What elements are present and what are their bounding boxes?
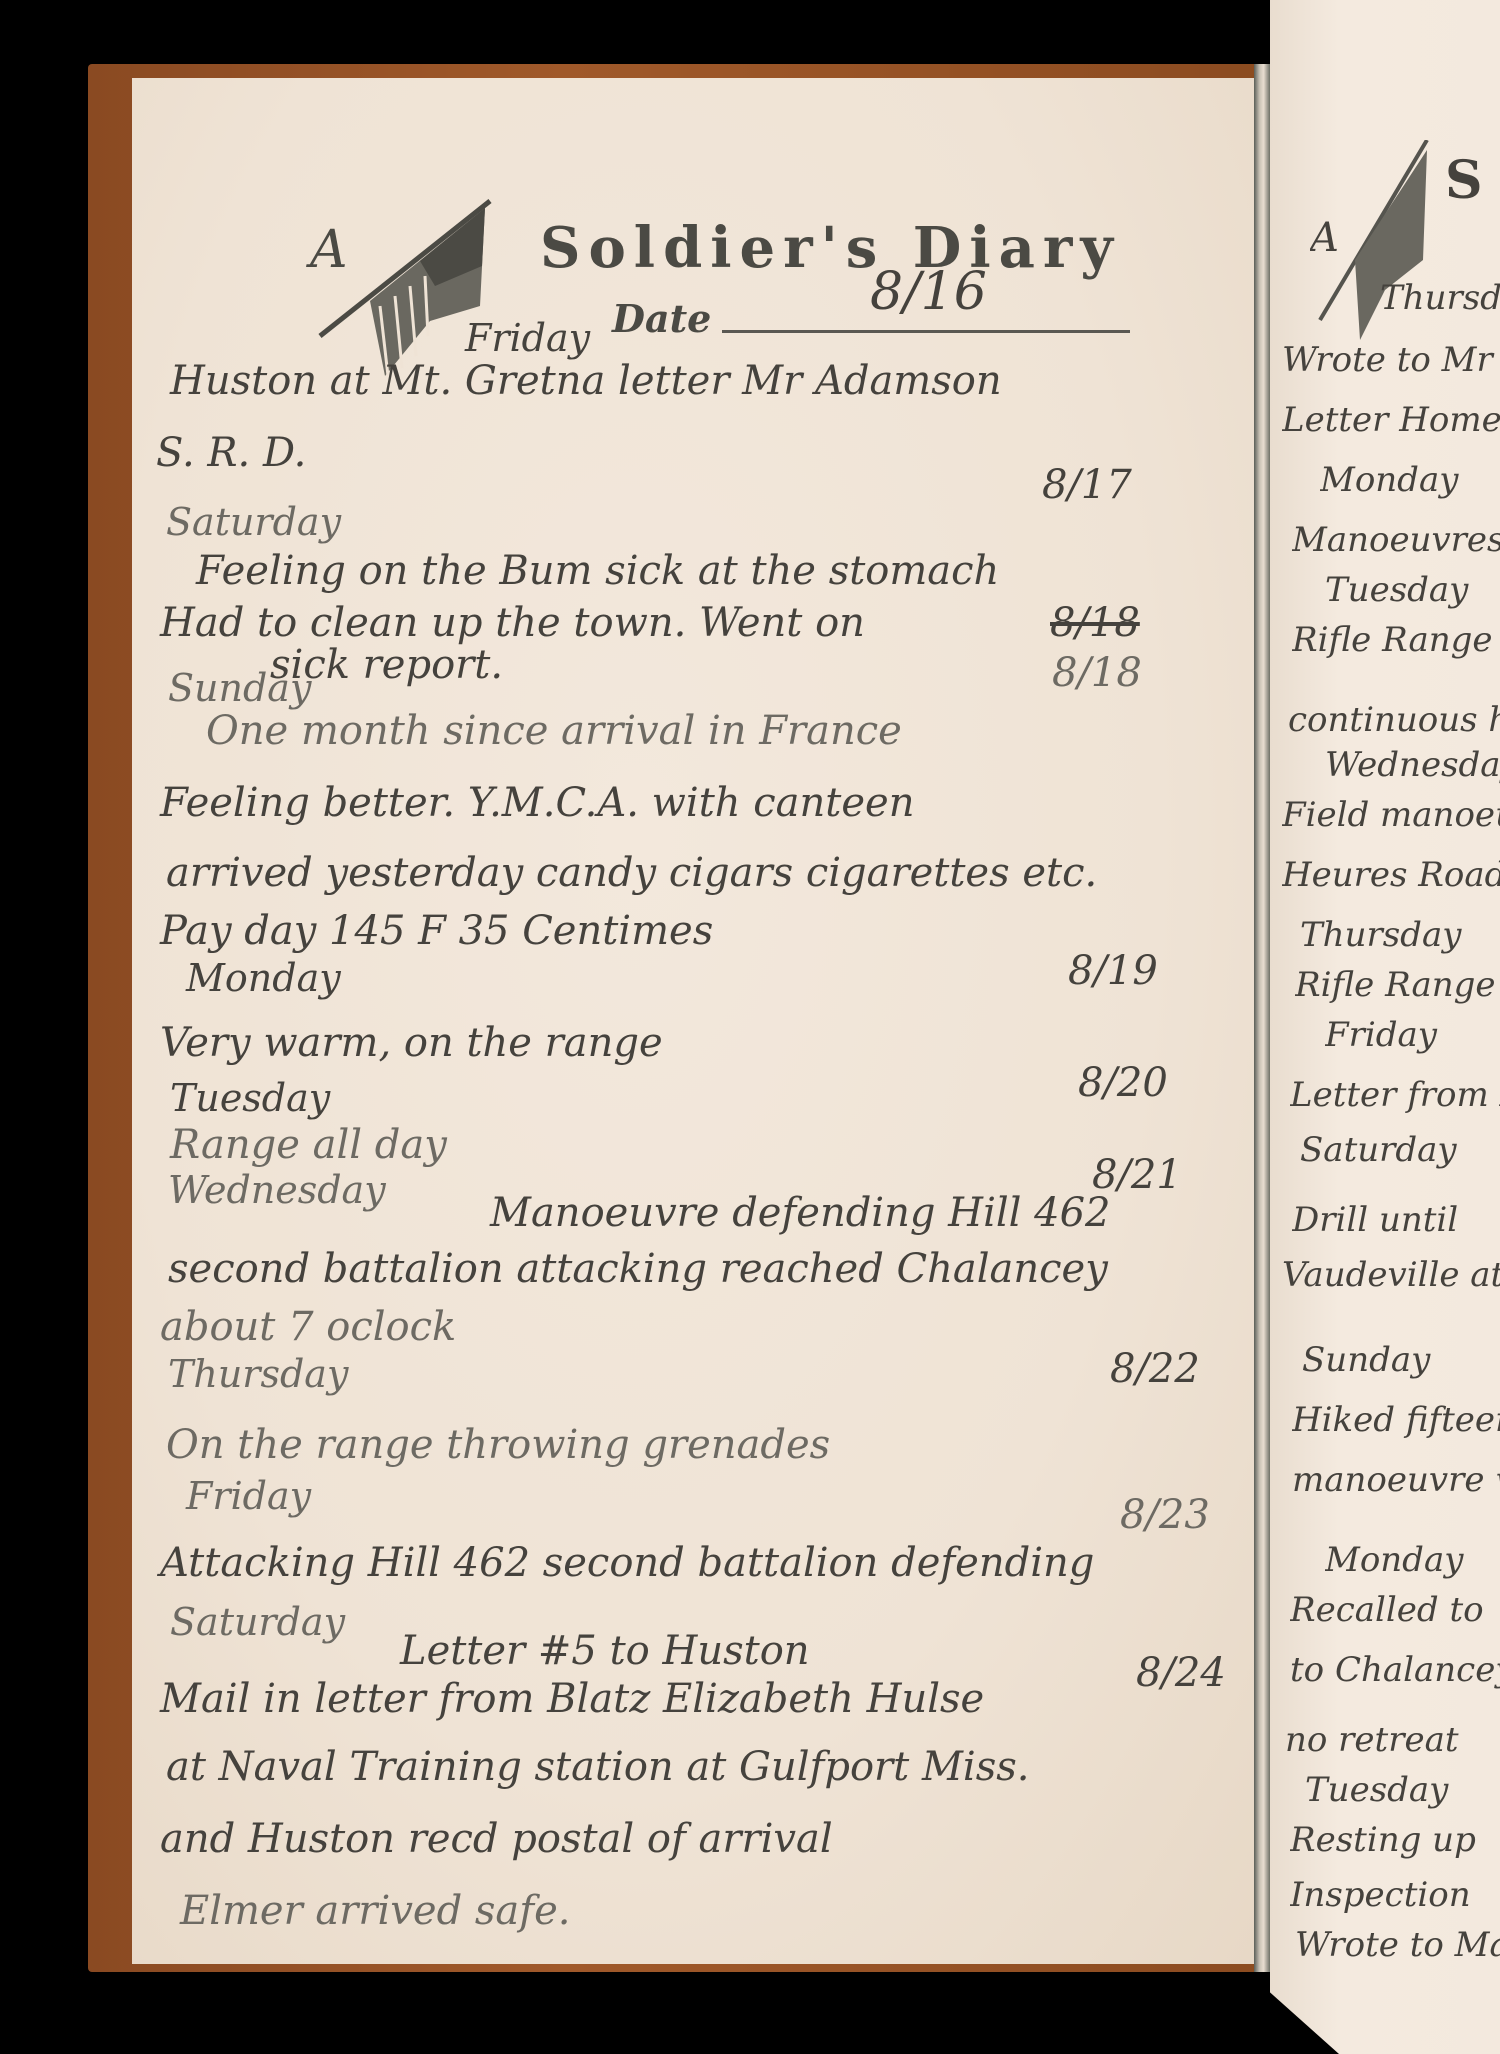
right-line: Heures Road bbox=[1282, 855, 1500, 895]
printed-date-label: Date bbox=[612, 296, 711, 341]
struck-date: 8/18 bbox=[1050, 600, 1140, 646]
entry-day: Tuesday bbox=[170, 1076, 330, 1120]
right-line: Saturday bbox=[1300, 1130, 1500, 1170]
entry-line: Attacking Hill 462 second battalion defe… bbox=[160, 1540, 1094, 1586]
right-line: Vaudeville at bbox=[1282, 1255, 1500, 1295]
entry-day: Sunday bbox=[168, 666, 311, 710]
entry-day: Friday bbox=[465, 316, 590, 360]
entry-day: Wednesday bbox=[168, 1168, 386, 1212]
entry-line: Mail in letter from Blatz Elizabeth Huls… bbox=[160, 1676, 984, 1722]
entry-line: at Naval Training station at Gulfport Mi… bbox=[166, 1744, 1029, 1790]
right-line: Hiked fifteen bbox=[1292, 1400, 1500, 1440]
date-rule bbox=[722, 330, 1130, 333]
right-line: Rifle Range bbox=[1295, 965, 1500, 1005]
entry-date: 8/17 bbox=[1042, 462, 1132, 508]
right-line: Sunday bbox=[1302, 1340, 1500, 1380]
right-line: no retreat bbox=[1285, 1720, 1500, 1760]
entry-line: Feeling on the Bum sick at the stomach bbox=[196, 548, 999, 594]
right-line: Thursday bbox=[1300, 915, 1500, 955]
right-line: Resting up bbox=[1290, 1820, 1500, 1860]
entry-date: 8/23 bbox=[1120, 1492, 1210, 1538]
right-line: Monday bbox=[1320, 460, 1500, 500]
entry-date: 8/19 bbox=[1068, 948, 1158, 994]
right-line: to Chalancey bbox=[1290, 1650, 1500, 1690]
book-gutter bbox=[1254, 64, 1270, 1972]
entry-day: Saturday bbox=[166, 500, 341, 544]
right-line: Wrote to Mary bbox=[1295, 1925, 1500, 1965]
entry-day: Monday bbox=[186, 956, 341, 1000]
right-line: Thursday bbox=[1380, 278, 1500, 318]
right-line: Letter Home #6. bbox=[1282, 400, 1500, 440]
entry-line: One month since arrival in France bbox=[206, 708, 902, 754]
entry-line: about 7 oclock bbox=[160, 1304, 456, 1350]
entry-line: second battalion attacking reached Chala… bbox=[168, 1246, 1108, 1292]
right-line: Drill until bbox=[1292, 1200, 1500, 1240]
right-line: Tuesday bbox=[1305, 1770, 1500, 1810]
entry-line: Feeling better. Y.M.C.A. with canteen bbox=[160, 780, 914, 826]
entry-day: Saturday bbox=[170, 1600, 345, 1644]
entry-line: Range all day bbox=[170, 1122, 447, 1168]
entry-date: 8/18 bbox=[1052, 650, 1142, 696]
right-line: Inspection bbox=[1290, 1875, 1500, 1915]
entry-line: Letter #5 to Huston bbox=[400, 1628, 810, 1674]
right-line: Monday bbox=[1325, 1540, 1500, 1580]
entry-line: Elmer arrived safe. bbox=[180, 1888, 570, 1934]
right-line: Recalled to bbox=[1290, 1590, 1500, 1630]
entry-line: On the range throwing grenades bbox=[166, 1422, 830, 1468]
right-printed-title: S bbox=[1445, 150, 1500, 211]
right-line: Letter from Ma bbox=[1290, 1075, 1500, 1115]
entry-line: Very warm, on the range bbox=[160, 1020, 663, 1066]
right-line: Field manoeuv bbox=[1282, 795, 1500, 835]
right-line: Wrote to Mr bbox=[1282, 340, 1500, 380]
entry-date: 8/22 bbox=[1110, 1346, 1200, 1392]
entry-day: Thursday bbox=[168, 1352, 348, 1396]
entry-line: Had to clean up the town. Went on bbox=[160, 600, 865, 646]
header-date: 8/16 bbox=[870, 262, 987, 322]
printed-title: Soldier's Diary bbox=[540, 215, 1121, 281]
right-line: Manoeuvres in bbox=[1292, 520, 1500, 560]
entry-date: 8/20 bbox=[1078, 1060, 1168, 1106]
right-line: Tuesday bbox=[1325, 570, 1500, 610]
right-printed-prefix: A bbox=[1310, 215, 1500, 261]
entry-day: Friday bbox=[186, 1474, 311, 1518]
entry-line: Manoeuvre defending Hill 462 bbox=[490, 1190, 1111, 1236]
entry-date: 8/24 bbox=[1136, 1650, 1226, 1696]
entry-line: S. R. D. bbox=[156, 430, 306, 476]
entry-line: Pay day 145 F 35 Centimes bbox=[160, 908, 713, 954]
right-line: continuous ho bbox=[1288, 700, 1500, 740]
entry-line: and Huston recd postal of arrival bbox=[160, 1816, 833, 1862]
entry-line: arrived yesterday candy cigars cigarette… bbox=[166, 850, 1097, 896]
printed-prefix: A bbox=[310, 220, 348, 280]
right-line: manoeuvre wit bbox=[1292, 1460, 1500, 1500]
right-line: Wednesday bbox=[1325, 745, 1500, 785]
right-line: Friday bbox=[1325, 1015, 1500, 1055]
right-line: Rifle Range bbox=[1292, 620, 1500, 660]
entry-line: Huston at Mt. Gretna letter Mr Adamson bbox=[170, 358, 1002, 404]
